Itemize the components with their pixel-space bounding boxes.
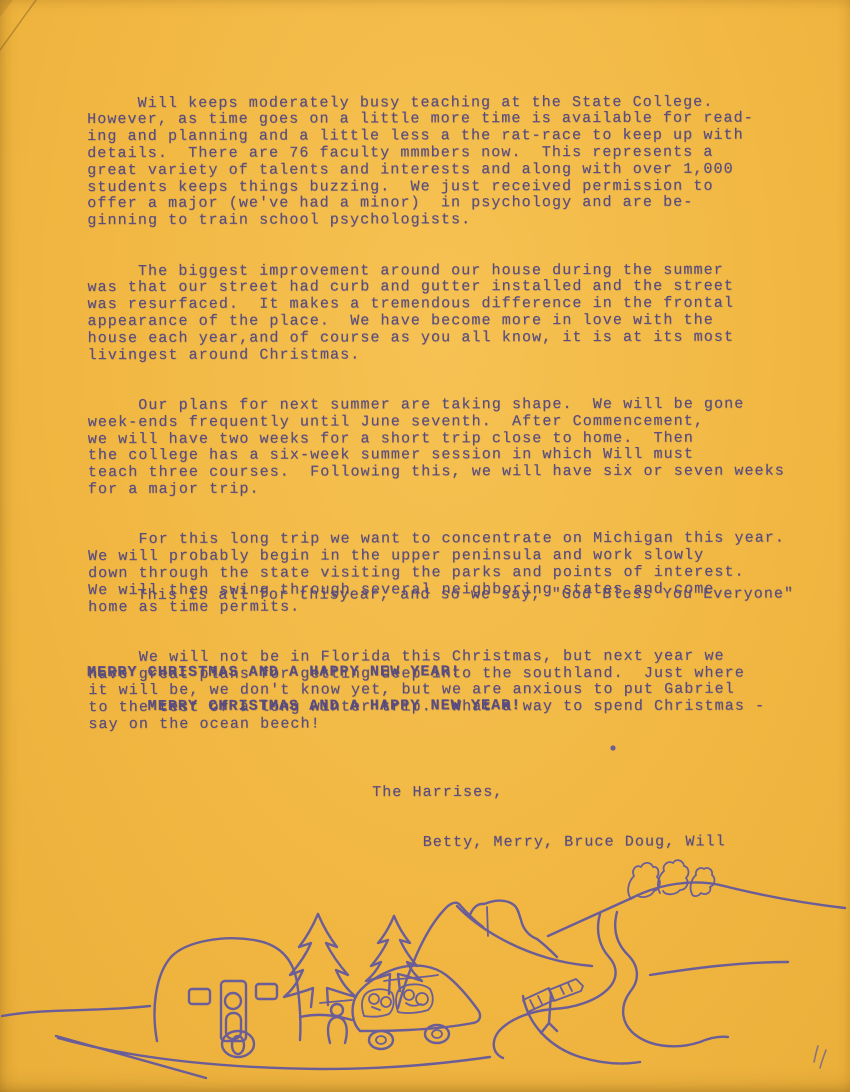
closing-line: This is all for thisyear, and so we say,… — [87, 587, 794, 605]
trailer-door-panel — [226, 1013, 241, 1039]
passenger-head — [381, 997, 391, 1007]
car-window-rear — [362, 989, 394, 1016]
letter-page: Will keeps moderately busy teaching at t… — [0, 0, 850, 1092]
mountain-with-ledge — [398, 901, 592, 1008]
passenger-head — [369, 994, 379, 1004]
tow-hitch — [300, 1015, 352, 1020]
pine-tree-large — [284, 914, 356, 1007]
trailer-wheel-hub — [232, 1036, 244, 1054]
trailer-window-left — [189, 989, 210, 1004]
trailer-door — [221, 981, 246, 1041]
family-car-with-passengers — [353, 966, 480, 1049]
ground-lines — [56, 1036, 490, 1078]
ridge-line — [548, 897, 634, 936]
car-wheel-rear — [369, 1031, 393, 1049]
corner-shadow — [0, 0, 13, 17]
signature-family: The Harrises, — [372, 784, 726, 802]
signature-block: The Harrises, Betty, Merry, Bruce Doug, … — [372, 750, 726, 885]
car-wheel-front — [425, 1025, 449, 1043]
horizon-lines — [2, 962, 788, 1016]
car-window-front — [396, 984, 433, 1013]
letter-body: Will keeps moderately busy teaching at t… — [87, 61, 785, 768]
letter-paragraph-christmas-plans: We will not be in Florida this Christmas… — [88, 648, 785, 733]
greeting-line-1: MERRY CHRISTMAS AND A HAPPY NEW YEAR! — [87, 664, 461, 682]
letter-paragraph-college: Will keeps moderately busy teaching at t… — [87, 94, 784, 230]
signature-names: Betty, Merry, Bruce Doug, Will — [372, 834, 726, 852]
trailer-window-right — [256, 984, 277, 999]
passenger-head — [416, 993, 428, 1005]
trailer-door-window — [225, 993, 241, 1009]
travel-trailer — [155, 938, 352, 1057]
letter-paragraph-house: The biggest improvement around our house… — [87, 262, 784, 364]
winding-road — [494, 912, 728, 1064]
letter-paragraph-summer-plans: Our plans for next summer are taking sha… — [88, 396, 785, 498]
small-figure — [328, 1004, 347, 1043]
greeting-line-2: MERRY CHRISTMAS AND A HAPPY NEW YEAR! — [87, 698, 521, 716]
corner-crease — [0, 0, 36, 50]
direction-sign — [523, 979, 583, 1033]
pine-tree-small — [366, 916, 438, 994]
trailer-wheel — [222, 1031, 254, 1057]
passenger-head — [404, 990, 414, 1000]
